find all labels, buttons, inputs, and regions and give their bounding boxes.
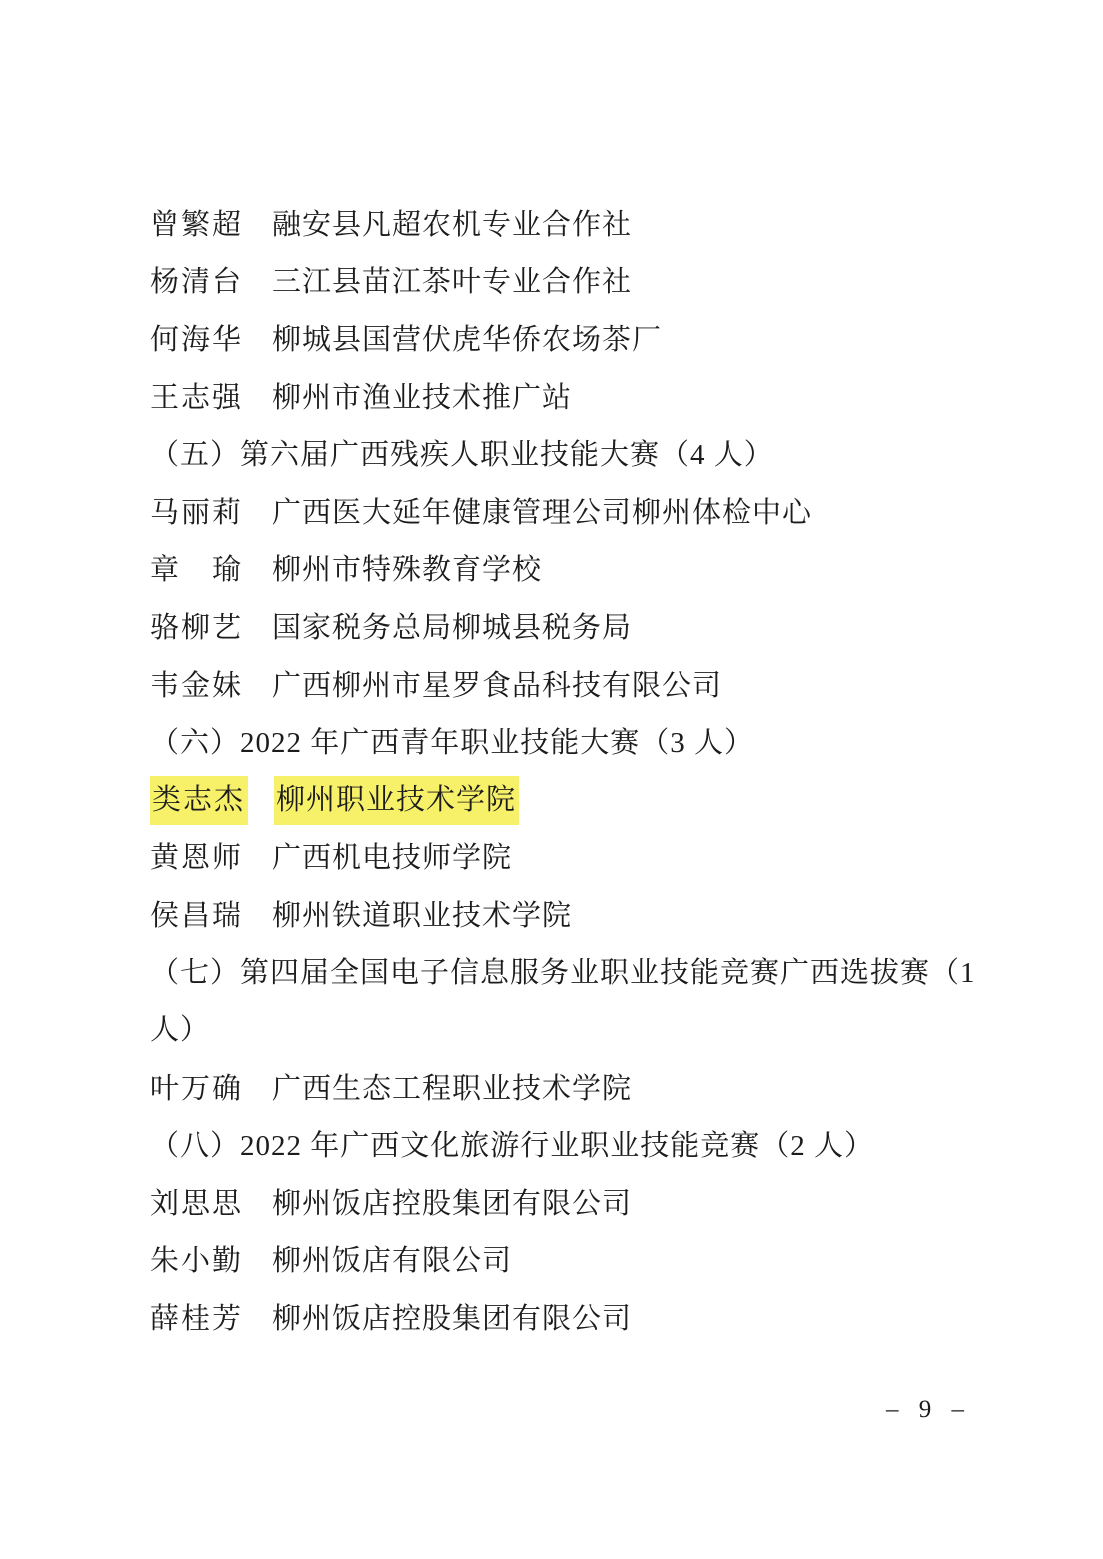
person-org: 柳州职业技术学院	[274, 776, 519, 825]
person-row: 王志强 柳州市渔业技术推广站	[150, 369, 980, 427]
section-heading-text: （六）2022 年广西青年职业技能大赛（3 人）	[150, 723, 754, 763]
person-name: 刘思思	[150, 1184, 246, 1224]
person-org: 柳州铁道职业技术学院	[272, 896, 572, 936]
person-org: 广西生态工程职业技术学院	[272, 1069, 632, 1109]
person-org: 柳州饭店控股集团有限公司	[272, 1184, 632, 1224]
person-row: 曾繁超 融安县凡超农机专业合作社	[150, 196, 980, 254]
document-page: 曾繁超 融安县凡超农机专业合作社 杨清台 三江县苗江茶叶专业合作社 何海华 柳城…	[0, 0, 1103, 1559]
person-name: 马丽莉	[150, 493, 246, 533]
person-org: 柳州饭店有限公司	[272, 1241, 512, 1281]
person-org: 柳州市特殊教育学校	[272, 550, 542, 590]
person-row: 侯昌瑞 柳州铁道职业技术学院	[150, 887, 980, 945]
person-name: 何海华	[150, 320, 246, 360]
person-row-highlighted: 类志杰 柳州职业技术学院	[150, 772, 980, 830]
person-name: 杨清台	[150, 262, 246, 302]
section-heading-line: （七）第四届全国电子信息服务业职业技能竞赛广西选拔赛（1	[150, 945, 980, 1003]
person-name: 王志强	[150, 378, 246, 418]
person-row: 韦金妹 广西柳州市星罗食品科技有限公司	[150, 657, 980, 715]
person-name: 侯昌瑞	[150, 896, 246, 936]
person-row: 朱小勤 柳州饭店有限公司	[150, 1233, 980, 1291]
person-row: 何海华 柳城县国营伏虎华侨农场茶厂	[150, 311, 980, 369]
person-org: 广西机电技师学院	[272, 838, 512, 878]
section-heading-8: （八）2022 年广西文化旅游行业职业技能竞赛（2 人）	[150, 1118, 980, 1176]
section-heading-6: （六）2022 年广西青年职业技能大赛（3 人）	[150, 714, 980, 772]
person-org: 三江县苗江茶叶专业合作社	[272, 262, 632, 302]
person-org: 柳州饭店控股集团有限公司	[272, 1299, 632, 1339]
person-name: 曾繁超	[150, 205, 246, 245]
person-row: 薛桂芳 柳州饭店控股集团有限公司	[150, 1290, 980, 1348]
page-number: – 9 –	[886, 1396, 971, 1424]
section-heading-7: （七）第四届全国电子信息服务业职业技能竞赛广西选拔赛（1 人）	[150, 945, 980, 1060]
section-heading-text: （八）2022 年广西文化旅游行业职业技能竞赛（2 人）	[150, 1126, 874, 1166]
person-name: 韦金妹	[150, 666, 246, 706]
person-org: 柳州市渔业技术推广站	[272, 378, 572, 418]
person-org: 广西医大延年健康管理公司柳州体检中心	[272, 493, 812, 533]
person-name: 朱小勤	[150, 1241, 246, 1281]
section-heading-text: （五）第六届广西残疾人职业技能大赛（4 人）	[150, 435, 774, 475]
person-name: 薛桂芳	[150, 1299, 246, 1339]
section-heading-line: 人）	[150, 1002, 980, 1060]
person-name: 骆柳艺	[150, 608, 246, 648]
person-row: 叶万确 广西生态工程职业技术学院	[150, 1060, 980, 1118]
person-row: 杨清台 三江县苗江茶叶专业合作社	[150, 254, 980, 312]
person-name: 类志杰	[150, 776, 248, 825]
person-org: 广西柳州市星罗食品科技有限公司	[272, 666, 722, 706]
person-row: 骆柳艺 国家税务总局柳城县税务局	[150, 599, 980, 657]
document-body: 曾繁超 融安县凡超农机专业合作社 杨清台 三江县苗江茶叶专业合作社 何海华 柳城…	[150, 196, 980, 1348]
person-row: 刘思思 柳州饭店控股集团有限公司	[150, 1175, 980, 1233]
person-name: 叶万确	[150, 1069, 246, 1109]
person-org: 融安县凡超农机专业合作社	[272, 205, 632, 245]
person-org: 国家税务总局柳城县税务局	[272, 608, 632, 648]
person-name: 章 瑜	[150, 550, 246, 590]
person-row: 黄恩师 广西机电技师学院	[150, 830, 980, 888]
person-org: 柳城县国营伏虎华侨农场茶厂	[272, 320, 662, 360]
section-heading-5: （五）第六届广西残疾人职业技能大赛（4 人）	[150, 426, 980, 484]
person-name: 黄恩师	[150, 838, 246, 878]
person-row: 马丽莉 广西医大延年健康管理公司柳州体检中心	[150, 484, 980, 542]
person-row: 章 瑜 柳州市特殊教育学校	[150, 542, 980, 600]
